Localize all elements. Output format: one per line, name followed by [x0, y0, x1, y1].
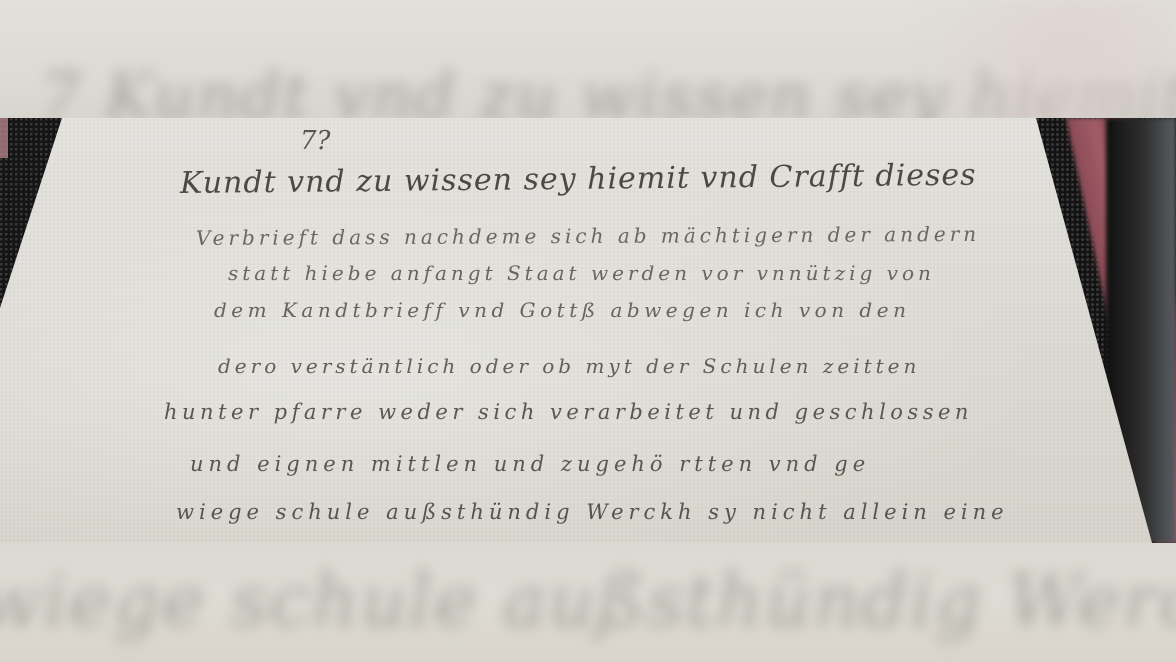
blurred-bottom-band: wiege schule außsthündig Werckh sy nicht… — [0, 543, 1176, 662]
blurred-top-band: 7 Kundt vnd zu wissen sey hiemit vnd — [0, 0, 1176, 118]
handwritten-text: 7? Kundt vnd zu wissen sey hiemit vnd Cr… — [0, 118, 1176, 543]
manuscript-line-7: und eignen mittlen und zugehö rtten vnd … — [190, 452, 870, 476]
manuscript-line-8: wiege schule außsthündig Werckh sy nicht… — [176, 500, 1009, 524]
blurred-red-cloth — [916, 0, 1176, 118]
manuscript-line-3: statt hiebe anfangt Staat werden vor vnn… — [228, 261, 935, 285]
manuscript-line-5: dero verstäntlich oder ob myt der Schule… — [218, 354, 920, 378]
manuscript-photo: 7? Kundt vnd zu wissen sey hiemit vnd Cr… — [0, 118, 1176, 543]
blurred-ghost-script: wiege schule außsthündig Werckh sy nicht… — [0, 553, 1176, 649]
manuscript-line-1: Kundt vnd zu wissen sey hiemit vnd Craff… — [180, 158, 977, 201]
manuscript-line-4: dem Kandtbrieff vnd Gottß abwegen ich vo… — [214, 298, 910, 322]
top-mark: 7? — [300, 126, 330, 156]
manuscript-line-6: hunter pfarre weder sich verarbeitet und… — [164, 400, 973, 424]
manuscript-line-2: Verbrieft dass nachdeme sich ab mächtige… — [196, 222, 980, 250]
